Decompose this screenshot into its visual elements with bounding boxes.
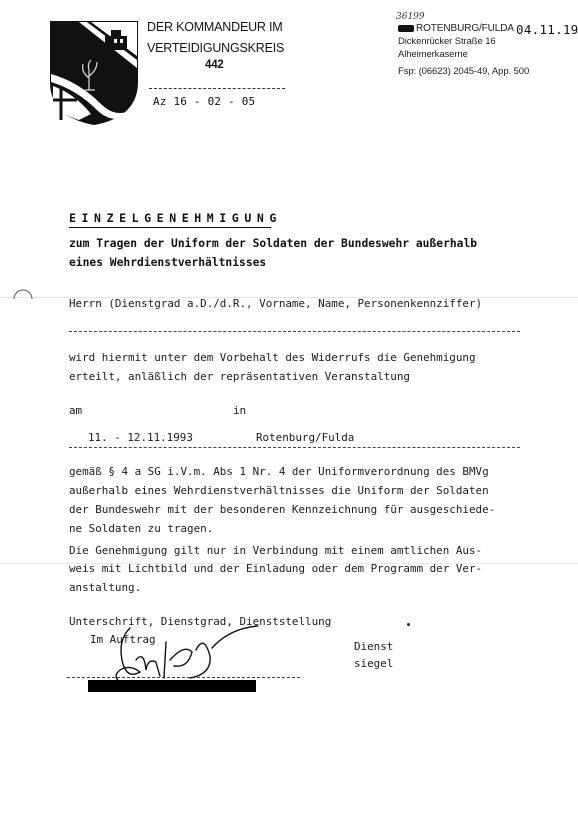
event-field-line [69, 447, 520, 448]
sender-street: Dickenrücker Straße 16 [398, 36, 496, 47]
legal-line: ne Soldaten zu tragen. [69, 522, 213, 535]
ink-dot [407, 623, 410, 626]
validity-line: anstaltung. [69, 581, 141, 594]
subtitle-line2: eines Wehrdienstverhältnisses [69, 256, 266, 269]
date-label: am [69, 404, 82, 417]
legal-line: gemäß § 4 a SG i.V.m. Abs 1 Nr. 4 der Un… [69, 465, 489, 478]
authority-number: 442 [205, 59, 224, 71]
punch-hole-icon [12, 287, 34, 309]
authority-line2: VERTEIDIGUNGSKREIS [147, 41, 284, 55]
event-dates: 11. - 12.11.1993 [88, 431, 193, 444]
recipient-name-field [69, 331, 520, 332]
recipient-label: Herrn (Dienstgrad a.D./d.R., Vorname, Na… [69, 297, 482, 310]
validity-line: weis mit Lichtbild und der Einladung ode… [69, 562, 482, 575]
authority-line1: DER KOMMANDEUR IM [147, 20, 283, 34]
title-underline [69, 227, 271, 228]
struck-out-text [398, 25, 414, 32]
header-divider [149, 88, 285, 89]
seal-label-line1: Dienst [354, 640, 393, 653]
document-title: EINZELGENEHMIGUNG [69, 211, 282, 225]
legal-line: außerhalb eines Wehrdienstverhältnisses … [69, 484, 489, 497]
subtitle-line1: zum Tragen der Uniform der Soldaten der … [69, 237, 477, 250]
sender-phone: Fsp: (06623) 2045-49, App. 500 [398, 66, 529, 77]
file-reference: Az 16 - 02 - 05 [153, 95, 255, 108]
legal-line: der Bundeswehr mit der besonderen Kennze… [69, 503, 495, 516]
validity-line: Die Genehmigung gilt nur in Verbindung m… [69, 544, 482, 557]
handwritten-reference: 36199 [396, 12, 425, 22]
sender-city-text: ROTENBURG/FULDA [416, 23, 514, 34]
coat-of-arms-icon [49, 20, 139, 126]
letter-date: 04.11.1993 [516, 22, 578, 37]
redaction-bar [88, 680, 256, 692]
event-place: Rotenburg/Fulda [256, 431, 354, 444]
seal-label-line2: siegel [354, 657, 393, 670]
grant-line1: wird hiermit unter dem Vorbehalt des Wid… [69, 351, 476, 364]
place-label: in [233, 404, 246, 417]
sender-city: ROTENBURG/FULDA [398, 23, 514, 34]
sender-barracks: Alheimerkaserne [398, 49, 468, 60]
grant-line2: erteilt, anläßlich der repräsentativen V… [69, 370, 410, 383]
